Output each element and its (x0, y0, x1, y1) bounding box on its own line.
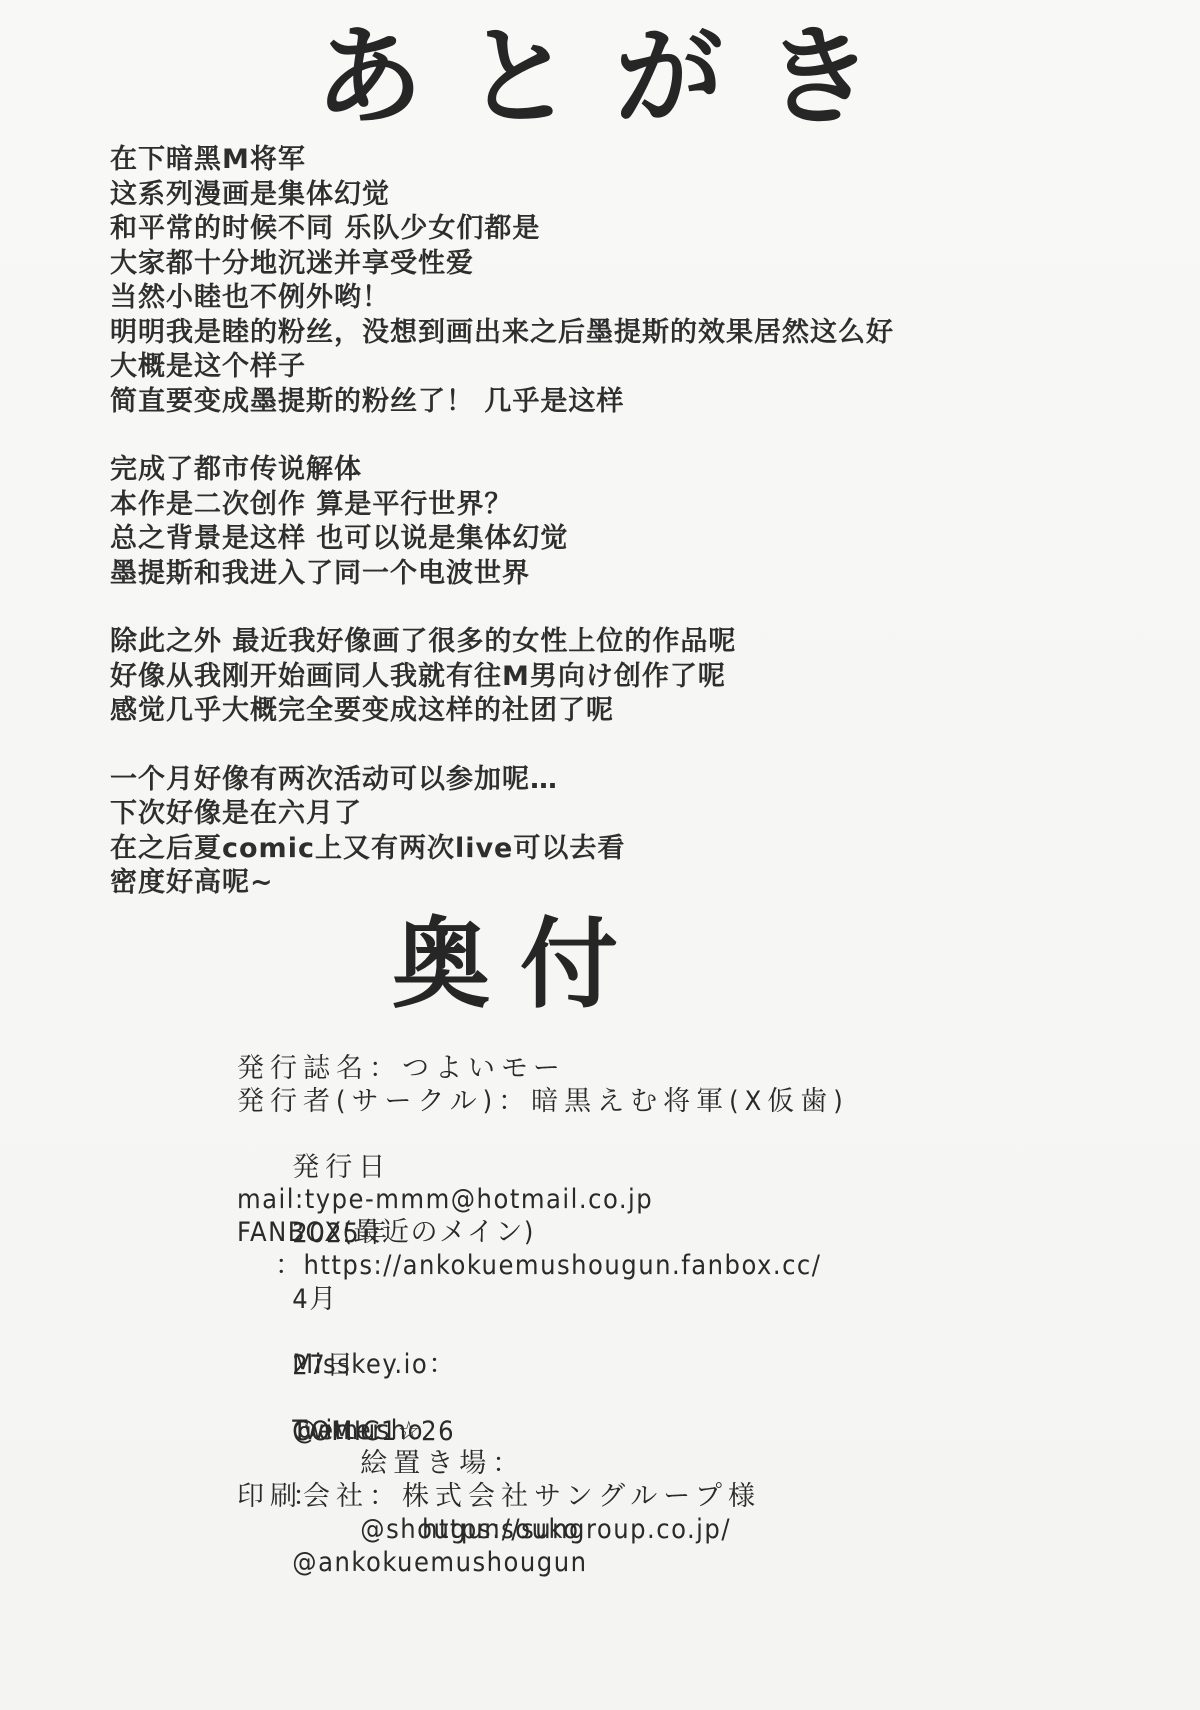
afterword-line: 和平常的时候不同 乐队少女们都是 (110, 212, 1110, 247)
afterword-paragraph-4: 一个月好像有两次活动可以参加呢… 下次好像是在六月了 在之后夏comic上又有两… (110, 763, 1110, 901)
afterword-line: 明明我是睦的粉丝，没想到画出来之后墨提斯的效果居然这么好 (110, 316, 1110, 351)
afterword-line: 下次好像是在六月了 (110, 797, 1110, 832)
art-storage-label: 絵置き場： (360, 1448, 525, 1479)
afterword-title: あとがき (0, 18, 1200, 138)
issue-date-label: 発行日 (292, 1152, 391, 1183)
spacer (237, 1282, 1137, 1315)
afterword-paragraph-1: 在下暗黑M将军 这系列漫画是集体幻觉 和平常的时候不同 乐队少女们都是 大家都十… (110, 143, 1110, 419)
colophon-heading: 奥付 (0, 905, 1040, 1025)
publisher: 発行者(サークル)：暗黒えむ将軍(X仮歯) (237, 1085, 1137, 1118)
afterword-line: 在下暗黑M将军 (110, 143, 1110, 178)
mail-address[interactable]: mail:type-mmm@hotmail.co.jp (237, 1183, 1137, 1216)
afterword-line: 简直要变成墨提斯的粉丝了！ 几乎是这样 (110, 385, 1110, 420)
afterword-line: 当然小睦也不例外哟！ (110, 281, 1110, 316)
twitter-label: Twitter (292, 1415, 383, 1446)
afterword-line: 总之背景是这样 也可以说是集体幻觉 (110, 522, 1110, 557)
afterword-line: 本作是二次创作 算是平行世界？ (110, 488, 1110, 523)
document-page: あとがき 在下暗黑M将军 这系列漫画是集体幻觉 和平常的时候不同 乐队少女们都是… (0, 0, 1200, 1710)
afterword-paragraph-2: 完成了都市传说解体 本作是二次创作 算是平行世界？ 总之背景是这样 也可以说是集… (110, 453, 1110, 591)
afterword-line: 除此之外 最近我好像画了很多的女性上位的作品呢 (110, 625, 1110, 660)
misskey-row: Misskey.io： @emusho (237, 1315, 1137, 1348)
afterword-line: 墨提斯和我进入了同一个电波世界 (110, 557, 1110, 592)
fanbox-label: FANBOX(最近のメイン) (237, 1216, 1137, 1249)
afterword-line: 大家都十分地沉迷并享受性爱 (110, 247, 1110, 282)
fanbox-url[interactable]: ：https://ankokuemushougun.fanbox.cc/ (237, 1249, 1137, 1282)
afterword-line: 完成了都市传说解体 (110, 453, 1110, 488)
colophon-block: 発行誌名：つよいモー 発行者(サークル)：暗黒えむ将軍(X仮歯) 発行日 202… (237, 1052, 1137, 1546)
afterword-line: 一个月好像有两次活动可以参加呢… (110, 763, 1110, 798)
afterword-line: 在之后夏comic上又有两次live可以去看 (110, 832, 1110, 867)
afterword-body: 在下暗黑M将军 这系列漫画是集体幻觉 和平常的时候不同 乐队少女们都是 大家都十… (110, 143, 1110, 935)
publication-name: 発行誌名：つよいモー (237, 1052, 1137, 1085)
twitter-row: Twitter ： @ankokuemushougun (237, 1381, 1137, 1414)
issue-date-row: 発行日 2025年 4月 27日 COMIC1☆26 (237, 1118, 1137, 1151)
issue-date-month: 4月 (292, 1284, 337, 1315)
afterword-paragraph-3: 除此之外 最近我好像画了很多的女性上位的作品呢 好像从我刚开始画同人我就有往M男… (110, 625, 1110, 729)
misskey-label: Misskey.io： (292, 1349, 456, 1380)
afterword-line: 大概是这个样子 (110, 350, 1110, 385)
afterword-line: 感觉几乎大概完全要变成这样的社团了呢 (110, 694, 1110, 729)
afterword-line: 密度好高呢~ (110, 866, 1110, 901)
printer: 印刷会社：株式会社サングループ様 (237, 1480, 1137, 1513)
afterword-line: 好像从我刚开始画同人我就有往M男向け创作了呢 (110, 660, 1110, 695)
afterword-line: 这系列漫画是集体幻觉 (110, 178, 1110, 213)
